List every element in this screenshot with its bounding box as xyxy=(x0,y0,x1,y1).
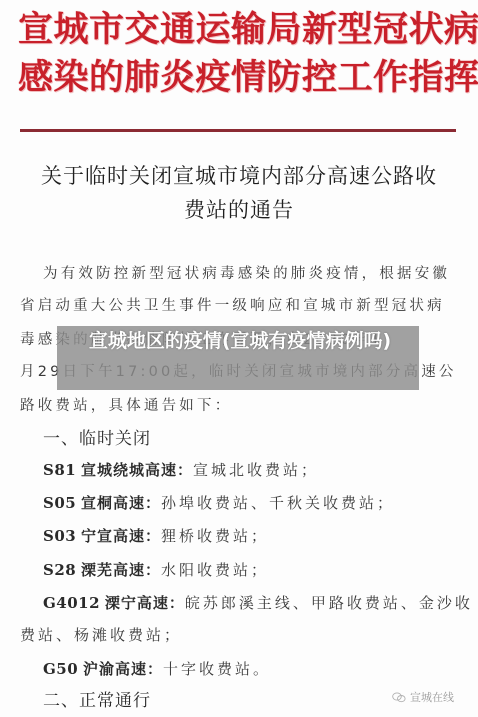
issuing-authority-line-2: 感染的肺炎疫情防控工作指挥部 xyxy=(18,56,463,100)
toll-stations: 皖苏郎溪主线、甲路收费站、金沙收 xyxy=(185,594,473,612)
highway-code: G50 xyxy=(43,660,78,678)
red-header-rule xyxy=(20,129,456,132)
section-heading-normal-traffic: 二、正常通行 xyxy=(43,690,151,712)
notice-title-line-1: 关于临时关闭宣城市境内部分高速公路收 xyxy=(0,161,478,191)
body-paragraph-line: 为有效防控新型冠状病毒感染的肺炎疫情，根据安徽 xyxy=(43,264,478,284)
section-heading-closures: 一、临时关闭 xyxy=(43,428,151,450)
highway-code: S05 xyxy=(43,494,76,512)
closure-item: S81 宣城绕城高速：宣城北收费站； xyxy=(43,459,319,481)
toll-stations: 费站、杨滩收费站； xyxy=(20,626,182,644)
highway-code: S03 xyxy=(43,527,76,545)
caption-text: 宣城地区的疫情(宣城有疫情病例吗) xyxy=(65,329,415,354)
toll-stations: 狸桥收费站； xyxy=(161,527,269,545)
notice-title-line-2: 费站的通告 xyxy=(0,195,478,225)
highway-code: S28 xyxy=(43,561,76,579)
highway-name: 宣城绕城高速： xyxy=(81,461,193,479)
toll-stations: 十字收费站。 xyxy=(163,660,271,678)
body-paragraph-line: 路收费站，具体通告如下： xyxy=(20,396,460,416)
issuing-authority-line-1: 宣城市交通运输局新型冠状病毒 xyxy=(18,8,463,52)
highway-name: 宁宣高速： xyxy=(81,527,161,545)
highway-name: 沪渝高速： xyxy=(83,660,163,678)
body-paragraph-line: 省启动重大公共卫生事件一级响应和宣城市新型冠状病 xyxy=(20,296,460,316)
closure-item: G4012 溧宁高速：皖苏郎溪主线、甲路收费站、金沙收 xyxy=(43,592,473,614)
highway-name: 宣桐高速： xyxy=(81,494,161,512)
highway-name: 溧宁高速： xyxy=(105,594,185,612)
highway-name: 溧芜高速： xyxy=(81,561,161,579)
closure-item-continuation: 费站、杨滩收费站； xyxy=(20,624,182,646)
highway-code: S81 xyxy=(43,461,76,479)
toll-stations: 孙埠收费站、千秋关收费站； xyxy=(161,494,395,512)
source-watermark: 宣城在线 xyxy=(392,689,454,705)
closure-item: S28 溧芜高速：水阳收费站； xyxy=(43,559,269,581)
wechat-icon xyxy=(392,692,406,703)
document-image: 宣城市交通运输局新型冠状病毒 感染的肺炎疫情防控工作指挥部 关于临时关闭宣城市境… xyxy=(0,0,478,717)
caption-overlay: 宣城地区的疫情(宣城有疫情病例吗) xyxy=(57,326,419,390)
closure-item: S05 宣桐高速：孙埠收费站、千秋关收费站； xyxy=(43,492,395,514)
closure-item: S03 宁宣高速：狸桥收费站； xyxy=(43,525,269,547)
toll-stations: 水阳收费站； xyxy=(161,561,269,579)
watermark-label: 宣城在线 xyxy=(410,689,454,705)
toll-stations: 宣城北收费站； xyxy=(193,461,319,479)
highway-code: G4012 xyxy=(43,594,100,612)
closure-item: G50 沪渝高速：十字收费站。 xyxy=(43,658,271,680)
